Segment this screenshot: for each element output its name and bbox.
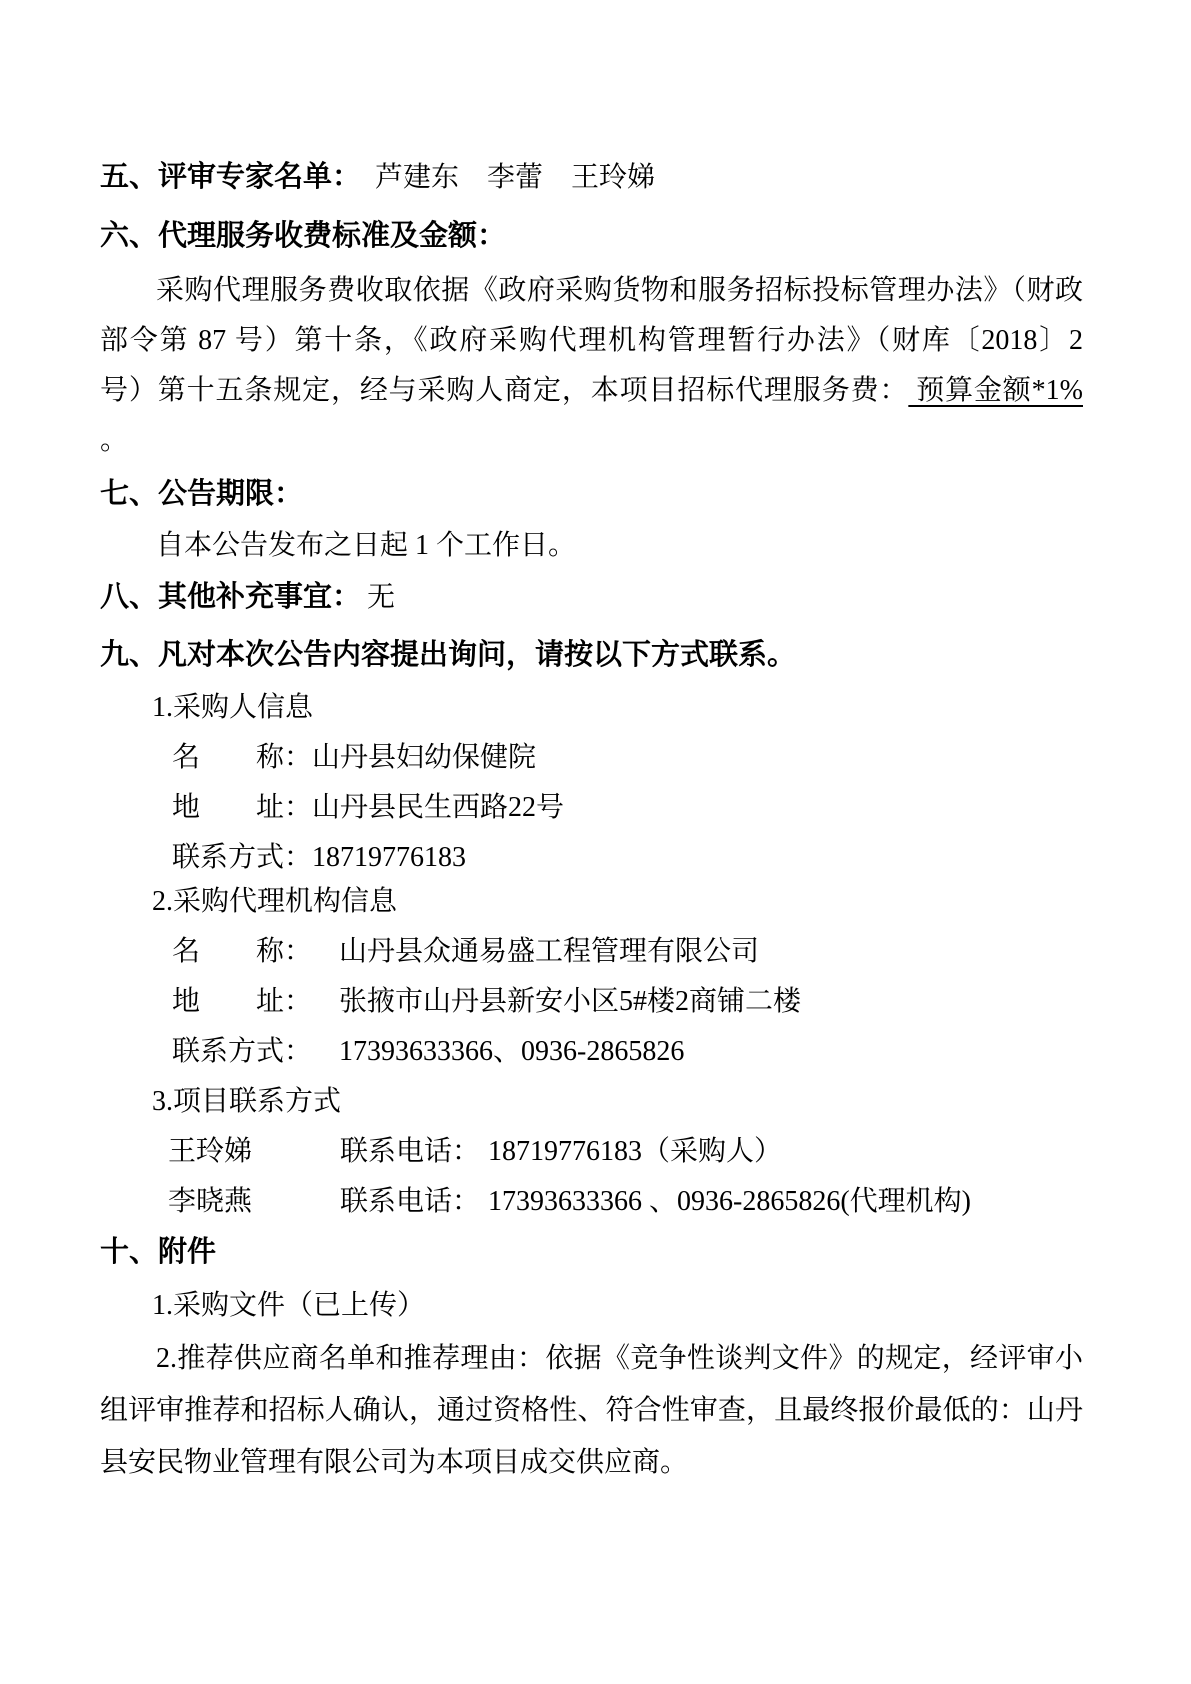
- agency-contact-value: 17393633366、0936-2865826: [339, 1036, 684, 1067]
- section-5-heading-line: 五、评审专家名单：芦建东 李蕾 王玲娣: [100, 152, 1083, 203]
- contact-person-name: 王玲娣: [168, 1127, 340, 1177]
- agency-address-value: 张掖市山丹县新安小区5#楼2商铺二楼: [339, 986, 801, 1017]
- section-7-body: 自本公告发布之日起 1 个工作日。: [100, 521, 1083, 571]
- recommendation-line-2: 组评审推荐和招标人确认，通过资格性、符合性审查，且最终报价最低的：山丹: [100, 1385, 1083, 1437]
- recommendation-paragraph: 2.推荐供应商名单和推荐理由：依据《竞争性谈判文件》的规定，经评审小 组评审推荐…: [100, 1333, 1083, 1489]
- section-6-heading: 六、代理服务收费标准及金额：: [100, 211, 1083, 261]
- purchaser-name-row: 名 称：山丹县妇幼保健院: [100, 733, 1083, 783]
- agency-contact-row: 联系方式：17393633366、0936-2865826: [100, 1027, 1083, 1077]
- fee-line-prefix: 号）第十五条规定，经与采购人商定，本项目招标代理服务费：: [100, 375, 908, 406]
- attachment-item-1: 1.采购文件（已上传）: [100, 1281, 1083, 1331]
- purchaser-address-value: 山丹县民生西路22号: [312, 792, 564, 823]
- fee-paragraph-line-1: 采购代理服务费收取依据《政府采购货物和服务招标投标管理办法》（财政: [100, 266, 1083, 316]
- agency-name-value: 山丹县众通易盛工程管理有限公司: [339, 936, 759, 967]
- purchaser-address-row: 地 址：山丹县民生西路22号: [100, 783, 1083, 833]
- purchaser-info-title: 1.采购人信息: [100, 683, 1083, 733]
- agency-address-label: 地 址：: [172, 986, 312, 1017]
- recommendation-line-3: 县安民物业管理有限公司为本项目成交供应商。: [100, 1437, 1083, 1489]
- section-8-value: 无: [367, 582, 395, 613]
- agency-contact-label: 联系方式：: [172, 1036, 312, 1067]
- section-9-heading: 九、凡对本次公告内容提出询问，请按以下方式联系。: [100, 630, 1083, 680]
- contact-phone-value: 18719776183（采购人）: [488, 1127, 782, 1177]
- section-7-heading: 七、公告期限：: [100, 469, 1083, 519]
- fee-line-period: 。: [100, 425, 128, 456]
- purchaser-contact-row: 联系方式：18719776183: [100, 833, 1083, 883]
- contact-phone-label: 联系电话：: [340, 1177, 480, 1227]
- project-contact-title: 3.项目联系方式: [100, 1077, 1083, 1127]
- purchaser-name-value: 山丹县妇幼保健院: [312, 742, 536, 773]
- contact-phone-label: 联系电话：: [340, 1127, 480, 1177]
- purchaser-contact-value: 18719776183: [312, 842, 466, 873]
- fee-paragraph-line-3: 号）第十五条规定，经与采购人商定，本项目招标代理服务费： 预算金额*1% 。: [100, 366, 1083, 466]
- section-6-paragraph: 采购代理服务费收取依据《政府采购货物和服务招标投标管理办法》（财政 部令第 87…: [100, 266, 1083, 466]
- project-contact-row: 王玲娣联系电话：18719776183（采购人）: [100, 1127, 1083, 1177]
- purchaser-address-label: 地 址：: [172, 792, 312, 823]
- document-page: 五、评审专家名单：芦建东 李蕾 王玲娣 六、代理服务收费标准及金额： 采购代理服…: [0, 0, 1191, 1684]
- purchaser-contact-label: 联系方式：: [172, 842, 312, 873]
- agency-address-row: 地 址：张掖市山丹县新安小区5#楼2商铺二楼: [100, 977, 1083, 1027]
- agency-name-row: 名 称：山丹县众通易盛工程管理有限公司: [100, 927, 1083, 977]
- contact-person-name: 李晓燕: [168, 1177, 340, 1227]
- agency-info-title: 2.采购代理机构信息: [100, 877, 1083, 927]
- agency-name-label: 名 称：: [172, 936, 312, 967]
- section-10-heading: 十、附件: [100, 1227, 1083, 1277]
- recommendation-line-1: 2.推荐供应商名单和推荐理由：依据《竞争性谈判文件》的规定，经评审小: [100, 1333, 1083, 1385]
- section-5-heading: 五、评审专家名单：: [100, 161, 361, 193]
- contact-phone-value: 17393633366 、0936-2865826(代理机构): [488, 1177, 971, 1227]
- section-8-heading: 八、其他补充事宜：: [100, 581, 361, 613]
- expert-names: 芦建东 李蕾 王玲娣: [375, 162, 655, 193]
- purchaser-name-label: 名 称：: [172, 742, 312, 773]
- project-contact-row: 李晓燕联系电话：17393633366 、0936-2865826(代理机构): [100, 1177, 1083, 1227]
- fee-paragraph-line-2: 部令第 87 号）第十条，《政府采购代理机构管理暂行办法》（财库〔2018〕2: [100, 316, 1083, 366]
- section-8-heading-line: 八、其他补充事宜：无: [100, 572, 1083, 623]
- fee-underlined-value: 预算金额*1%: [908, 375, 1083, 406]
